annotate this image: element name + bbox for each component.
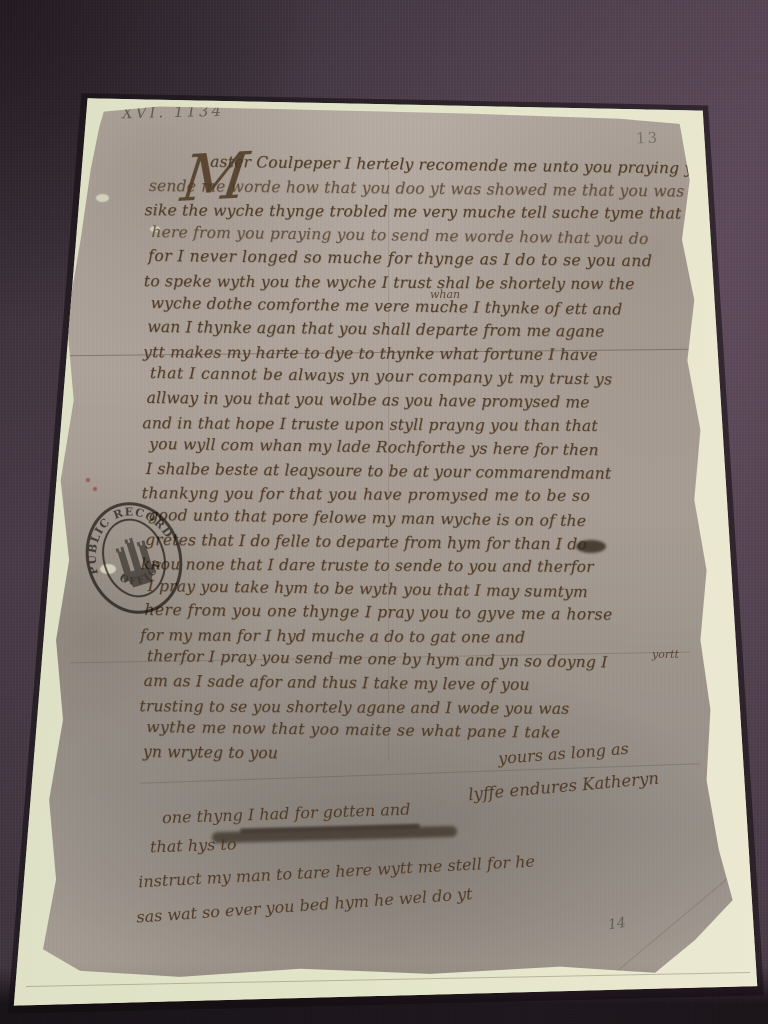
photo-background: XVI. 1134 13 14 M aster Coulpeper I hert… — [0, 0, 768, 1024]
postscript-line: instruct my man to tare here wytt me ste… — [138, 852, 536, 892]
postscript-line: sas wat so ever you bed hym he wel do yt — [136, 884, 473, 926]
catalog-reference: XVI. 1134 — [122, 102, 225, 123]
interlinear-insertion: whan — [430, 288, 460, 301]
mount-mat: XVI. 1134 13 14 M aster Coulpeper I hert… — [0, 0, 768, 1024]
folio-number-top: 13 — [636, 129, 660, 148]
red-ink-speck — [86, 478, 90, 482]
paper-loss-spot — [96, 194, 109, 202]
mat-sheet-edge — [26, 972, 750, 987]
signature-katheryn: lyffe endures Katheryn — [468, 769, 660, 805]
manuscript-page: XVI. 1134 13 14 M aster Coulpeper I hert… — [0, 0, 768, 1024]
ink-blot — [576, 540, 606, 553]
folio-number-bottom: 14 — [607, 915, 627, 933]
letter-body: aster Coulpeper I hertely recomende me u… — [143, 151, 731, 770]
red-ink-speck — [93, 487, 97, 491]
postscript-line: one thyng I had for gotten and — [162, 800, 411, 828]
interlinear-insertion: yortt — [652, 648, 679, 661]
